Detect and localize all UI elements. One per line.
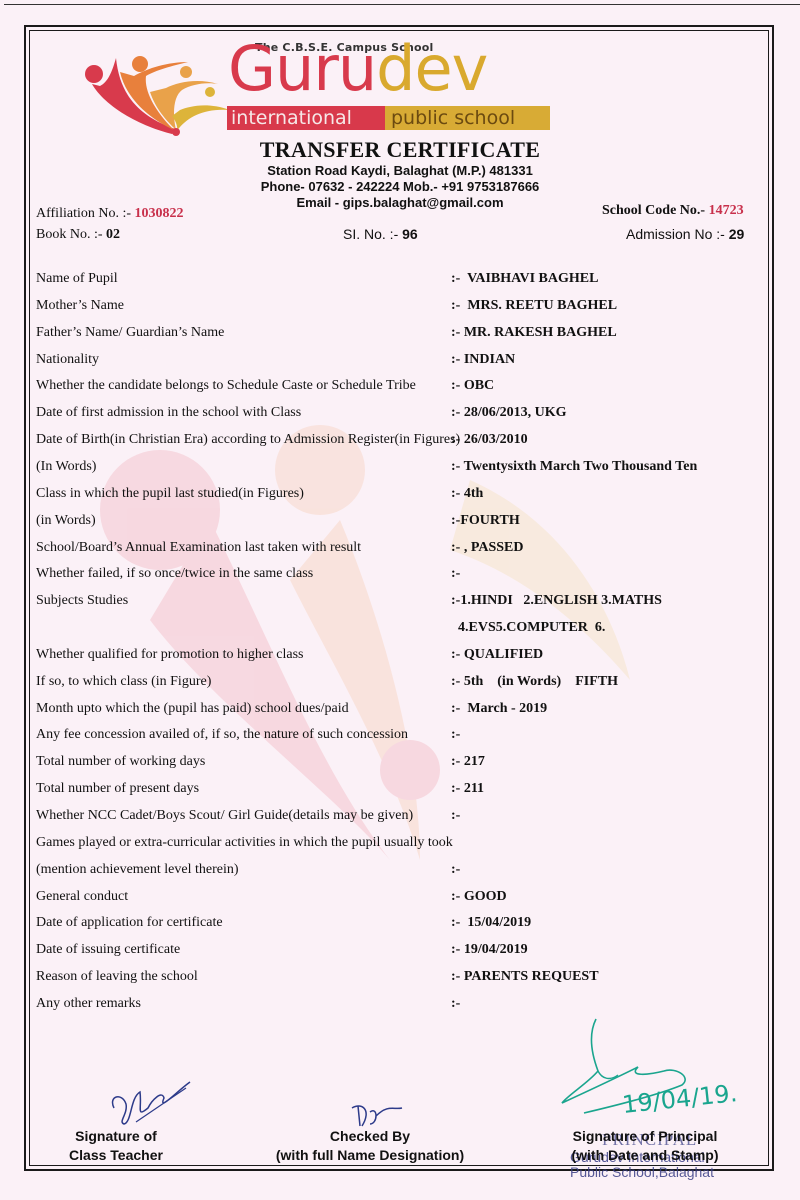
serial-value: 96 <box>402 226 418 242</box>
principal-caption-line2: (with Date and Stamp) <box>560 1146 730 1165</box>
teacher-signature-caption: Signature ofClass Teacher <box>66 1127 166 1165</box>
field-value: :- <box>451 862 460 878</box>
field-value: :- <box>451 808 460 824</box>
field-label: Date of first admission in the school wi… <box>36 405 301 421</box>
field-value: :- Twentysixth March Two Thousand Ten <box>451 459 697 475</box>
teacher-caption-line1: Signature of <box>66 1127 166 1146</box>
field-value: :- GOOD <box>451 889 507 905</box>
school-phone: Phone- 07632 - 242224 Mob.- +91 97531876… <box>0 179 800 194</box>
field-value: :- QUALIFIED <box>451 647 543 663</box>
field-label: Subjects Studies <box>36 593 128 609</box>
field-value: :-1.HINDI 2.ENGLISH 3.MATHS <box>451 593 662 609</box>
field-value: :- 15/04/2019 <box>451 915 531 931</box>
field-label: Month upto which the (pupil has paid) sc… <box>36 701 349 717</box>
affiliation-value: 1030822 <box>135 206 184 221</box>
field-value: :- VAIBHAVI BAGHEL <box>451 271 598 287</box>
field-label: (In Words) <box>36 459 96 475</box>
field-label: Any other remarks <box>36 996 141 1012</box>
stamp-line2: Public School,Balaghat <box>570 1165 714 1180</box>
field-label: Whether failed, if so once/twice in the … <box>36 566 313 582</box>
field-label: Date of application for certificate <box>36 915 223 931</box>
admission-label: Admission No :- <box>626 226 729 242</box>
field-value: :- 4th <box>451 486 483 502</box>
field-label: If so, to which class (in Figure) <box>36 674 211 690</box>
field-value: :- , PASSED <box>451 540 523 556</box>
principal-caption-line1: Signature of Principal <box>560 1127 730 1146</box>
book-value: 02 <box>106 227 120 242</box>
serial-number: SI. No. :- 96 <box>343 226 418 242</box>
field-label: Date of Birth(in Christian Era) accordin… <box>36 432 460 448</box>
field-label: Whether the candidate belongs to Schedul… <box>36 378 416 394</box>
school-address: Station Road Kaydi, Balaghat (M.P.) 4813… <box>0 163 800 178</box>
school-code-value: 14723 <box>709 203 744 218</box>
checked-caption-line2: (with full Name Designation) <box>262 1146 478 1165</box>
field-value: :- <box>451 727 460 743</box>
field-value: :- 28/06/2013, UKG <box>451 405 567 421</box>
field-label: Reason of leaving the school <box>36 969 198 985</box>
field-label: Total number of present days <box>36 781 199 797</box>
affiliation-label: Affiliation No. :- <box>36 206 135 221</box>
admission-value: 29 <box>729 226 745 242</box>
principal-signature-caption: Signature of Principal(with Date and Sta… <box>560 1127 730 1165</box>
field-value: :- 211 <box>451 781 484 797</box>
admission-number: Admission No :- 29 <box>626 226 744 242</box>
book-label: Book No. :- <box>36 227 106 242</box>
checker-signature-scribble <box>348 1100 408 1130</box>
field-label: Games played or extra-curricular activit… <box>36 835 453 851</box>
field-label: General conduct <box>36 889 128 905</box>
field-value: :- MRS. REETU BAGHEL <box>451 298 617 314</box>
logo-band-public-school: public school <box>385 106 550 130</box>
field-label: Any fee concession availed of, if so, th… <box>36 727 408 743</box>
scan-edge-line <box>4 4 800 5</box>
logo-word-dev: dev <box>376 32 487 105</box>
field-label: Name of Pupil <box>36 271 118 287</box>
field-value: :- March - 2019 <box>451 701 547 717</box>
school-code-label: School Code No.- <box>602 203 709 218</box>
field-value: :- 217 <box>451 754 485 770</box>
field-value: :- OBC <box>451 378 494 394</box>
field-value: :- 26/03/2010 <box>451 432 528 448</box>
affiliation-number: Affiliation No. :- 1030822 <box>36 206 184 222</box>
field-value: :- PARENTS REQUEST <box>451 969 599 985</box>
school-code: School Code No.- 14723 <box>602 203 744 219</box>
serial-label: SI. No. :- <box>343 226 402 242</box>
field-value: :- <box>451 566 460 582</box>
checked-caption-line1: Checked By <box>262 1127 478 1146</box>
field-label: Class in which the pupil last studied(in… <box>36 486 304 502</box>
field-label: Mother’s Name <box>36 298 124 314</box>
field-value: :- <box>451 996 460 1012</box>
field-value: :- INDIAN <box>451 352 515 368</box>
field-label: (mention achievement level therein) <box>36 862 239 878</box>
logo-figures-icon <box>82 52 232 136</box>
teacher-caption-line2: Class Teacher <box>66 1146 166 1165</box>
checked-by-caption: Checked By(with full Name Designation) <box>262 1127 478 1165</box>
field-label: Nationality <box>36 352 99 368</box>
book-number: Book No. :- 02 <box>36 227 120 243</box>
field-value: :- 5th (in Words) FIFTH <box>451 674 618 690</box>
logo-word-guru: Guru <box>228 32 376 105</box>
field-label: (in Words) <box>36 513 96 529</box>
field-label: Father’s Name/ Guardian’s Name <box>36 325 224 341</box>
logo-band: international public school <box>227 106 550 130</box>
field-label: Date of issuing certificate <box>36 942 180 958</box>
field-label: School/Board’s Annual Examination last t… <box>36 540 361 556</box>
field-label: Whether qualified for promotion to highe… <box>36 647 303 663</box>
logo-band-international: international <box>227 106 385 130</box>
teacher-signature-scribble <box>106 1078 196 1128</box>
field-value: :- 19/04/2019 <box>451 942 528 958</box>
school-logo-wordmark: Gurudev <box>228 38 487 100</box>
document-title: TRANSFER CERTIFICATE <box>0 137 800 163</box>
field-label: Total number of working days <box>36 754 205 770</box>
field-value: :-FOURTH <box>451 513 520 529</box>
field-value: 4.EVS5.COMPUTER 6. <box>451 620 605 636</box>
field-value: :- MR. RAKESH BAGHEL <box>451 325 617 341</box>
field-label: Whether NCC Cadet/Boys Scout/ Girl Guide… <box>36 808 413 824</box>
